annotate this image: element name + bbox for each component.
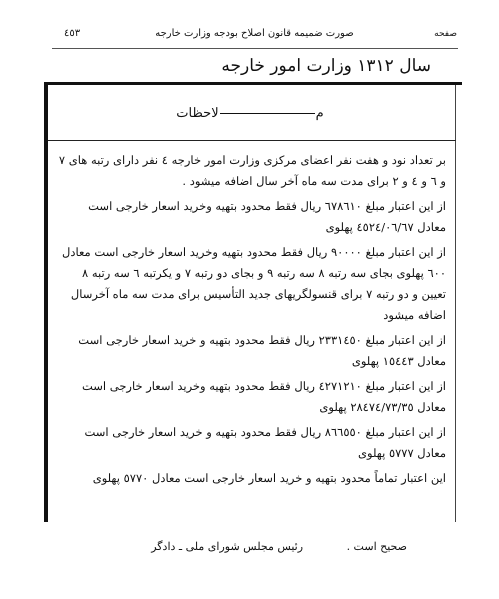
signature: رئیس مجلس شورای ملی ـ دادگر (151, 540, 303, 553)
box-right-border (455, 85, 456, 522)
remark-paragraph: این اعتبار تماماً محدود بتهیه و خرید اسع… (56, 468, 446, 489)
heading-divider (48, 140, 456, 141)
running-head: صفحه صورت ضمیمه قانون اصلاح بودجه وزارت … (52, 26, 457, 44)
remark-paragraph: از این اعتبار مبلغ ٤٢٧١٢١٠ ریال فقط محدو… (56, 376, 446, 418)
remarks-box: ملاحظات بر تعداد نود و هفت نفر اعضای مرک… (44, 82, 456, 522)
signoff: صحیح است . رئیس مجلس شورای ملی ـ دادگر (151, 540, 407, 553)
heading-end: لاحظات (176, 106, 218, 121)
heading-start: م (316, 106, 324, 121)
remark-paragraph: از این اعتبار مبلغ ٢٣٣١٤٥٠ ریال فقط محدو… (56, 330, 446, 372)
remark-paragraph: از این اعتبار مبلغ ٨٦٦٥٥٠ ریال فقط محدود… (56, 422, 446, 464)
page-number: ٤٥٣ (64, 28, 80, 39)
remarks-heading: ملاحظات (44, 106, 456, 121)
remark-paragraph: از این اعتبار مبلغ ٩٠٠٠٠ ریال فقط محدود … (56, 242, 446, 326)
remark-paragraph: بر تعداد نود و هفت نفر اعضای مرکزی وزارت… (56, 150, 446, 192)
certification-text: صحیح است . (347, 540, 407, 553)
section-title: سال ۱۳۱۲ وزارت امور خارجه (221, 56, 431, 76)
heading-dash (220, 113, 315, 114)
remark-paragraph: از این اعتبار مبلغ ٦٧٨٦١٠ ریال فقط محدود… (56, 196, 446, 238)
remarks-body: بر تعداد نود و هفت نفر اعضای مرکزی وزارت… (56, 150, 446, 493)
box-top-border (44, 82, 462, 85)
header-rule (52, 48, 458, 49)
running-head-title: صورت ضمیمه قانون اصلاح بودجه وزارت خارجه (52, 28, 457, 39)
box-left-border (44, 82, 48, 522)
